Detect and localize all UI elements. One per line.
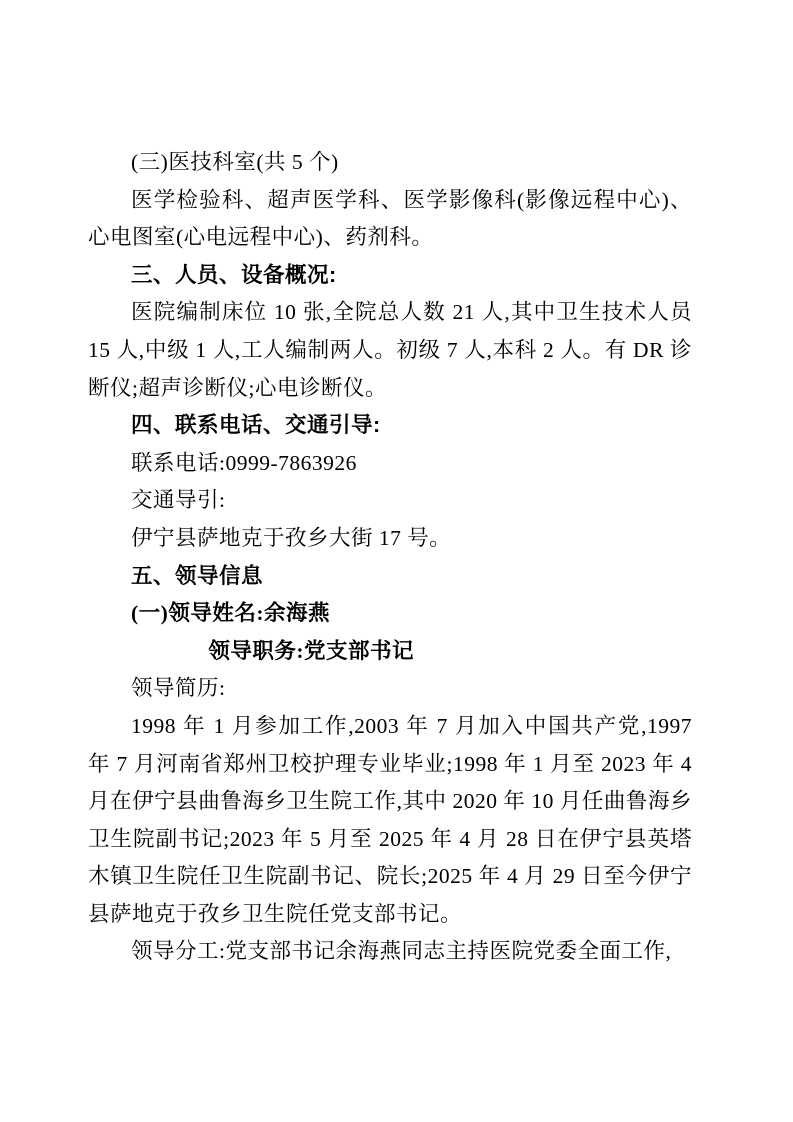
- heading-section-3-staff-equipment: 三、人员、设备概况:: [88, 257, 692, 295]
- subheading-medical-tech-departments: (三)医技科室(共 5 个): [88, 144, 692, 182]
- body-address: 伊宁县萨地克于孜乡大街 17 号。: [88, 520, 692, 558]
- body-contact-phone: 联系电话:0999-7863926: [88, 445, 692, 483]
- body-traffic-guide-label: 交通导引:: [88, 482, 692, 520]
- subheading-leader-name: (一)领导姓名:余海燕: [88, 595, 692, 633]
- body-leader-duties: 领导分工:党支部书记余海燕同志主持医院党委全面工作,: [88, 933, 692, 971]
- heading-section-5-leader-info: 五、领导信息: [88, 558, 692, 596]
- body-medical-tech-department-list: 医学检验科、超声医学科、医学影像科(影像远程中心)、心电图室(心电远程中心)、药…: [88, 182, 692, 257]
- subheading-leader-title: 领导职务:党支部书记: [88, 633, 692, 671]
- document-page: (三)医技科室(共 5 个) 医学检验科、超声医学科、医学影像科(影像远程中心)…: [0, 0, 793, 1122]
- body-staff-equipment-overview: 医院编制床位 10 张,全院总人数 21 人,其中卫生技术人员 15 人,中级 …: [88, 294, 692, 407]
- document-content: (三)医技科室(共 5 个) 医学检验科、超声医学科、医学影像科(影像远程中心)…: [88, 144, 692, 971]
- body-leader-resume: 1998 年 1 月参加工作,2003 年 7 月加入中国共产党,1997 年 …: [88, 708, 692, 934]
- heading-section-4-contact-traffic: 四、联系电话、交通引导:: [88, 407, 692, 445]
- body-leader-resume-label: 领导简历:: [88, 670, 692, 708]
